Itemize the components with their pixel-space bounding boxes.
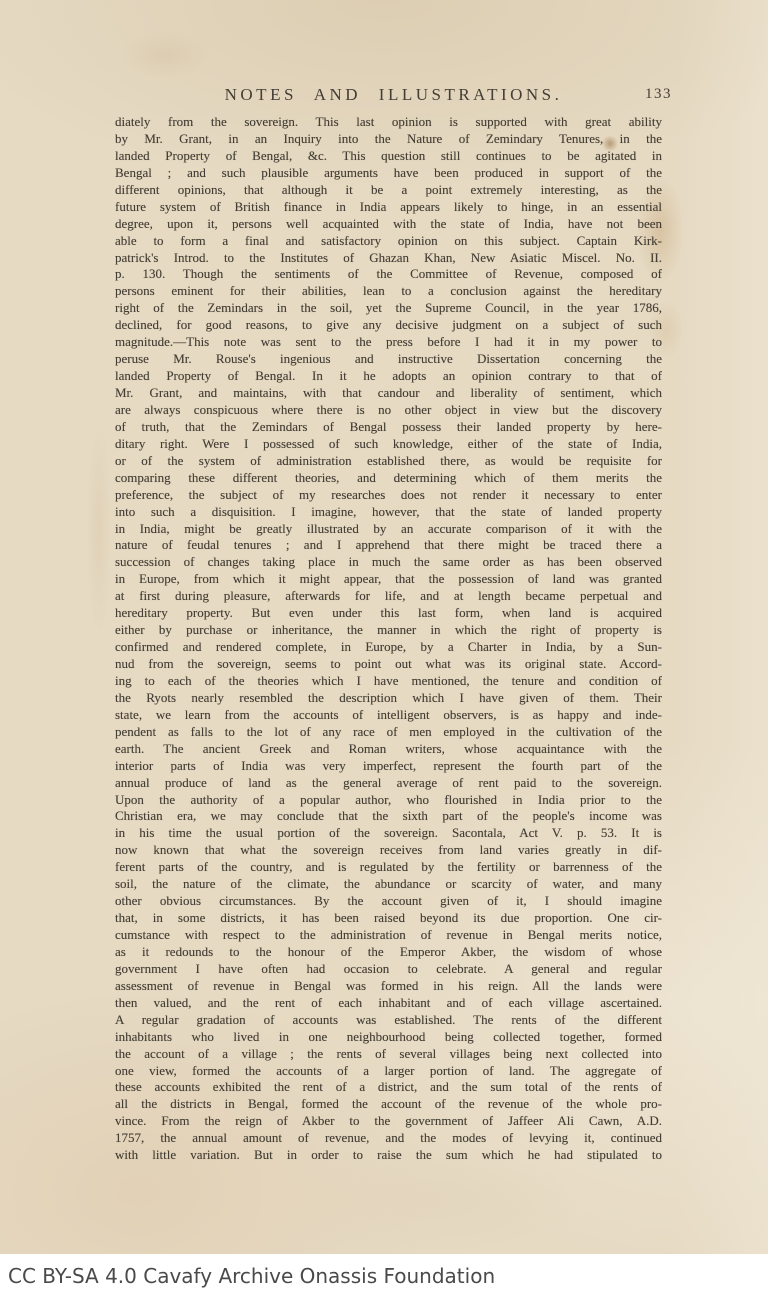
text-line: pendent as falls to the lot of any race …: [115, 724, 662, 741]
text-line: these accounts exhibited the rent of a d…: [115, 1079, 662, 1096]
text-line: earth. The ancient Greek and Roman write…: [115, 741, 662, 758]
text-line: right of the Zemindars in the soil, yet …: [115, 300, 662, 317]
text-line: different opinions, that although it be …: [115, 182, 662, 199]
text-line: with little variation. But in order to r…: [115, 1147, 662, 1164]
text-line: able to form a final and satisfactory op…: [115, 233, 662, 250]
text-line: in his time the usual portion of the sov…: [115, 825, 662, 842]
page-text-block: diately from the sovereign. This last op…: [115, 114, 662, 1164]
text-line: degree, upon it, persons well acquainted…: [115, 216, 662, 233]
text-line: persons eminent for their abilities, lea…: [115, 283, 662, 300]
text-line: hereditary property. But even under this…: [115, 605, 662, 622]
text-line: or of the system of administration estab…: [115, 453, 662, 470]
text-line: the account of a village ; the rents of …: [115, 1046, 662, 1063]
text-line: landed Property of Bengal. In it he adop…: [115, 368, 662, 385]
text-line: Bengal ; and such plausible arguments ha…: [115, 165, 662, 182]
text-line: diately from the sovereign. This last op…: [115, 114, 662, 131]
text-line: either by purchase or inheritance, the m…: [115, 622, 662, 639]
text-line: at first during pleasure, afterwards for…: [115, 588, 662, 605]
book-page-scan: NOTES AND ILLUSTRATIONS. 133 diately fro…: [0, 0, 768, 1254]
text-line: preference, the subject of my researches…: [115, 487, 662, 504]
text-line: are always conspicuous where there is no…: [115, 402, 662, 419]
text-line: now known that what the sovereign receiv…: [115, 842, 662, 859]
license-bar: CC BY-SA 4.0 Cavafy Archive Onassis Foun…: [0, 1254, 768, 1298]
text-line: in India, might be greatly illustrated b…: [115, 521, 662, 538]
text-line: government I have often had occasion to …: [115, 961, 662, 978]
screenshot: NOTES AND ILLUSTRATIONS. 133 diately fro…: [0, 0, 768, 1298]
text-line: nud from the sovereign, seems to point o…: [115, 656, 662, 673]
text-line: vince. From the reign of Akber to the go…: [115, 1113, 662, 1130]
text-line: the Ryots nearly resembled the descripti…: [115, 690, 662, 707]
text-line: then valued, and the rent of each inhabi…: [115, 995, 662, 1012]
paper-stain: [120, 30, 210, 80]
text-line: into such a disquisition. I imagine, how…: [115, 504, 662, 521]
text-line: by Mr. Grant, in an Inquiry into the Nat…: [115, 131, 662, 148]
text-line: assessment of revenue in Bengal was form…: [115, 978, 662, 995]
text-line: A regular gradation of accounts was esta…: [115, 1012, 662, 1029]
text-line: as it redounds to the honour of the Empe…: [115, 944, 662, 961]
text-line: in Europe, from which it might appear, t…: [115, 571, 662, 588]
text-line: Christian era, we may conclude that the …: [115, 808, 662, 825]
text-line: ferent parts of the country, and is regu…: [115, 859, 662, 876]
text-line: confirmed and rendered complete, in Euro…: [115, 639, 662, 656]
text-line: declined, for good reasons, to give any …: [115, 317, 662, 334]
license-text: CC BY-SA 4.0 Cavafy Archive Onassis Foun…: [0, 1264, 495, 1288]
text-line: of truth, that the Zemindars of Bengal p…: [115, 419, 662, 436]
text-line: state, we learn from the accounts of int…: [115, 707, 662, 724]
text-line: annual produce of land as the general av…: [115, 775, 662, 792]
page-number: 133: [645, 86, 672, 103]
text-line: Mr. Grant, and maintains, with that cand…: [115, 385, 662, 402]
text-line: p. 130. Though the sentiments of the Com…: [115, 266, 662, 283]
text-line: patrick's Introd. to the Institutes of G…: [115, 250, 662, 267]
text-line: all the districts in Bengal, formed the …: [115, 1096, 662, 1113]
text-line: ditary right. Were I possessed of such k…: [115, 436, 662, 453]
text-line: inhabitants who lived in one neighbourho…: [115, 1029, 662, 1046]
text-line: ing to each of the theories which I have…: [115, 673, 662, 690]
text-line: peruse Mr. Rouse's ingenious and instruc…: [115, 351, 662, 368]
running-title: NOTES AND ILLUSTRATIONS.: [115, 85, 672, 105]
page-header: NOTES AND ILLUSTRATIONS. 133: [115, 85, 672, 107]
text-line: comparing these different theories, and …: [115, 470, 662, 487]
text-line: other obvious circumstances. By the acco…: [115, 893, 662, 910]
paper-stain: [86, 420, 112, 640]
text-line: 1757, the annual amount of revenue, and …: [115, 1130, 662, 1147]
text-line: succession of changes taking place in mu…: [115, 554, 662, 571]
text-line: future system of British finance in Indi…: [115, 199, 662, 216]
text-line: cumstance with respect to the administra…: [115, 927, 662, 944]
text-line: Upon the authority of a popular author, …: [115, 792, 662, 809]
text-line: nature of feudal tenures ; and I apprehe…: [115, 537, 662, 554]
text-line: one view, formed the accounts of a large…: [115, 1063, 662, 1080]
text-line: interior parts of India was very imperfe…: [115, 758, 662, 775]
text-line: soil, the nature of the climate, the abu…: [115, 876, 662, 893]
text-line: landed Property of Bengal, &c. This ques…: [115, 148, 662, 165]
text-line: magnitude.—This note was sent to the pre…: [115, 334, 662, 351]
text-line: that, in some districts, it has been rai…: [115, 910, 662, 927]
